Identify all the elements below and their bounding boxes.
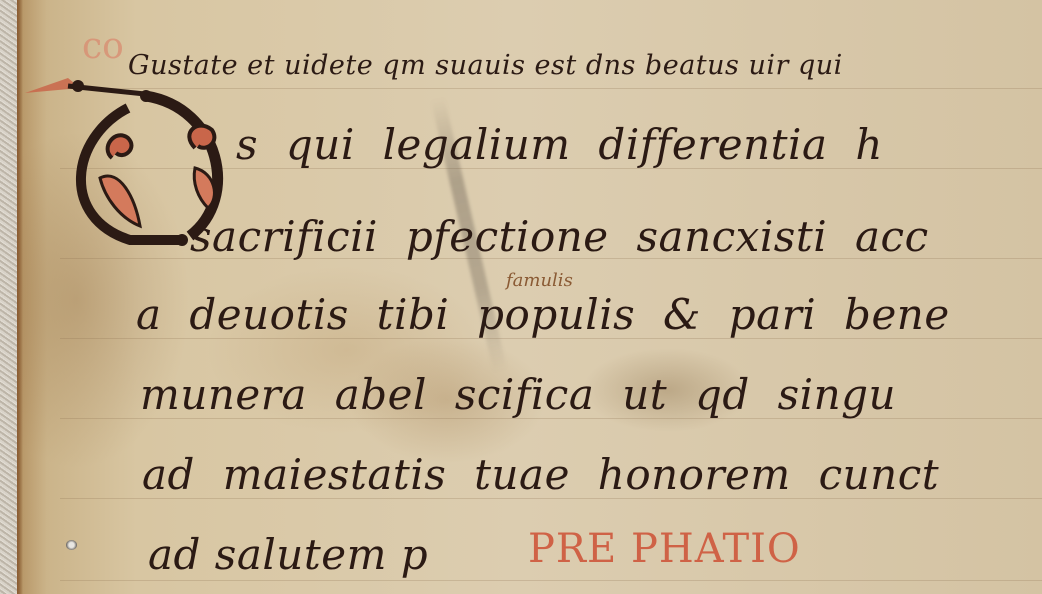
manuscript-line-1: Gustate et uidete qm suauis est dns beat… — [128, 50, 843, 81]
manuscript-line-7: ad salutem p — [148, 530, 428, 579]
manuscript-line-4: a deuotis tibi populis & pari bene — [136, 290, 950, 339]
manuscript-line-6: ad maiestatis tuae honorem cunct — [142, 450, 939, 499]
mount-strip — [0, 0, 17, 594]
parchment-hole — [66, 540, 77, 550]
interlinear-gloss: famulis — [506, 270, 573, 291]
ruling-line — [60, 580, 1042, 581]
rubric-heading: PRE PHATIO — [528, 526, 801, 572]
manuscript-photo: co Gustate et uidete qm suauis est dns b… — [0, 0, 1042, 594]
manuscript-line-3: sacrificii pfectione sancxisti acc — [190, 212, 929, 261]
manuscript-line-2: s qui legalium differentia h — [236, 120, 883, 169]
manuscript-line-5: munera abel scifica ut qd singu — [140, 370, 896, 419]
